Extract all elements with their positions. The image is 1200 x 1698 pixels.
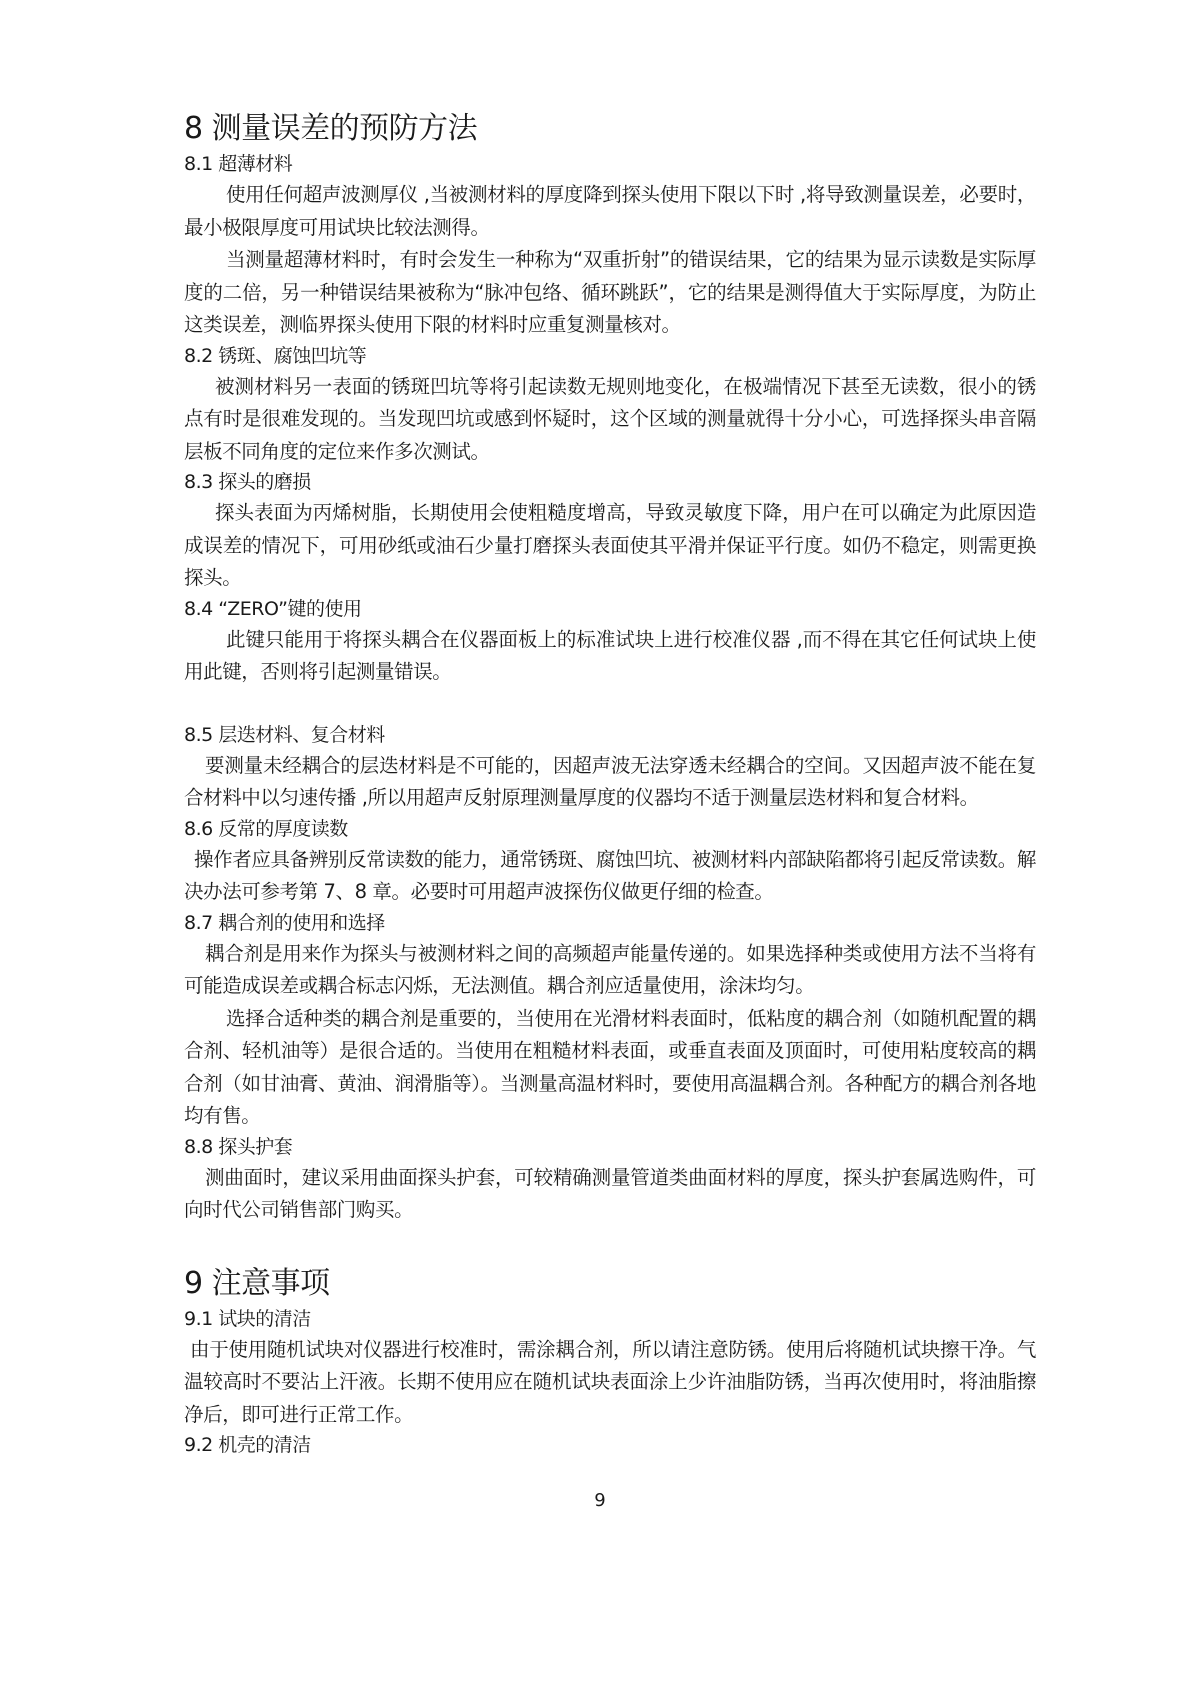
subsection-heading: 8.4 “ZERO”键的使用 <box>184 595 1036 624</box>
subsection-heading: 8.3 探头的磨损 <box>184 468 1036 497</box>
document-page: 8 测量误差的预防方法8.1 超薄材料使用任何超声波测厚仪 ,当被测材料的厚度降… <box>184 108 1036 1460</box>
paragraph: 当测量超薄材料时，有时会发生一种称为“双重折射”的错误结果，它的结果为显示读数是… <box>184 244 1036 342</box>
paragraph: 被测材料另一表面的锈斑凹坑等将引起读数无规则地变化，在极端情况下甚至无读数，很小… <box>184 371 1036 469</box>
subsection-heading: 8.1 超薄材料 <box>184 150 1036 179</box>
paragraph: 测曲面时，建议采用曲面探头护套，可较精确测量管道类曲面材料的厚度，探头护套属选购… <box>184 1162 1036 1227</box>
subsection-heading: 8.2 锈斑、腐蚀凹坑等 <box>184 342 1036 371</box>
subsection-heading: 8.6 反常的厚度读数 <box>184 815 1036 844</box>
paragraph: 此键只能用于将探头耦合在仪器面板上的标准试块上进行校准仪器 ,而不得在其它任何试… <box>184 624 1036 689</box>
subsection-heading: 9.2 机壳的清洁 <box>184 1431 1036 1460</box>
section-heading: 9 注意事项 <box>184 1263 1036 1305</box>
paragraph: 选择合适种类的耦合剂是重要的，当使用在光滑材料表面时，低粘度的耦合剂（如随机配置… <box>184 1003 1036 1133</box>
paragraph: 耦合剂是用来作为探头与被测材料之间的高频超声能量传递的。如果选择种类或使用方法不… <box>184 938 1036 1003</box>
paragraph: 由于使用随机试块对仪器进行校准时，需涂耦合剂，所以请注意防锈。使用后将随机试块擦… <box>184 1334 1036 1432</box>
paragraph: 探头表面为丙烯树脂，长期使用会使粗糙度增高，导致灵敏度下降，用户在可以确定为此原… <box>184 497 1036 595</box>
spacer <box>184 689 1036 721</box>
section-heading: 8 测量误差的预防方法 <box>184 108 1036 150</box>
page-number: 9 <box>0 1490 1200 1511</box>
paragraph: 操作者应具备辨别反常读数的能力，通常锈斑、腐蚀凹坑、被测材料内部缺陷都将引起反常… <box>184 844 1036 909</box>
paragraph: 使用任何超声波测厚仪 ,当被测材料的厚度降到探头使用下限以下时 ,将导致测量误差… <box>184 179 1036 244</box>
spacer <box>184 1227 1036 1263</box>
subsection-heading: 9.1 试块的清洁 <box>184 1305 1036 1334</box>
subsection-heading: 8.5 层迭材料、复合材料 <box>184 721 1036 750</box>
subsection-heading: 8.7 耦合剂的使用和选择 <box>184 909 1036 938</box>
subsection-heading: 8.8 探头护套 <box>184 1133 1036 1162</box>
paragraph: 要测量未经耦合的层迭材料是不可能的，因超声波无法穿透未经耦合的空间。又因超声波不… <box>184 750 1036 815</box>
